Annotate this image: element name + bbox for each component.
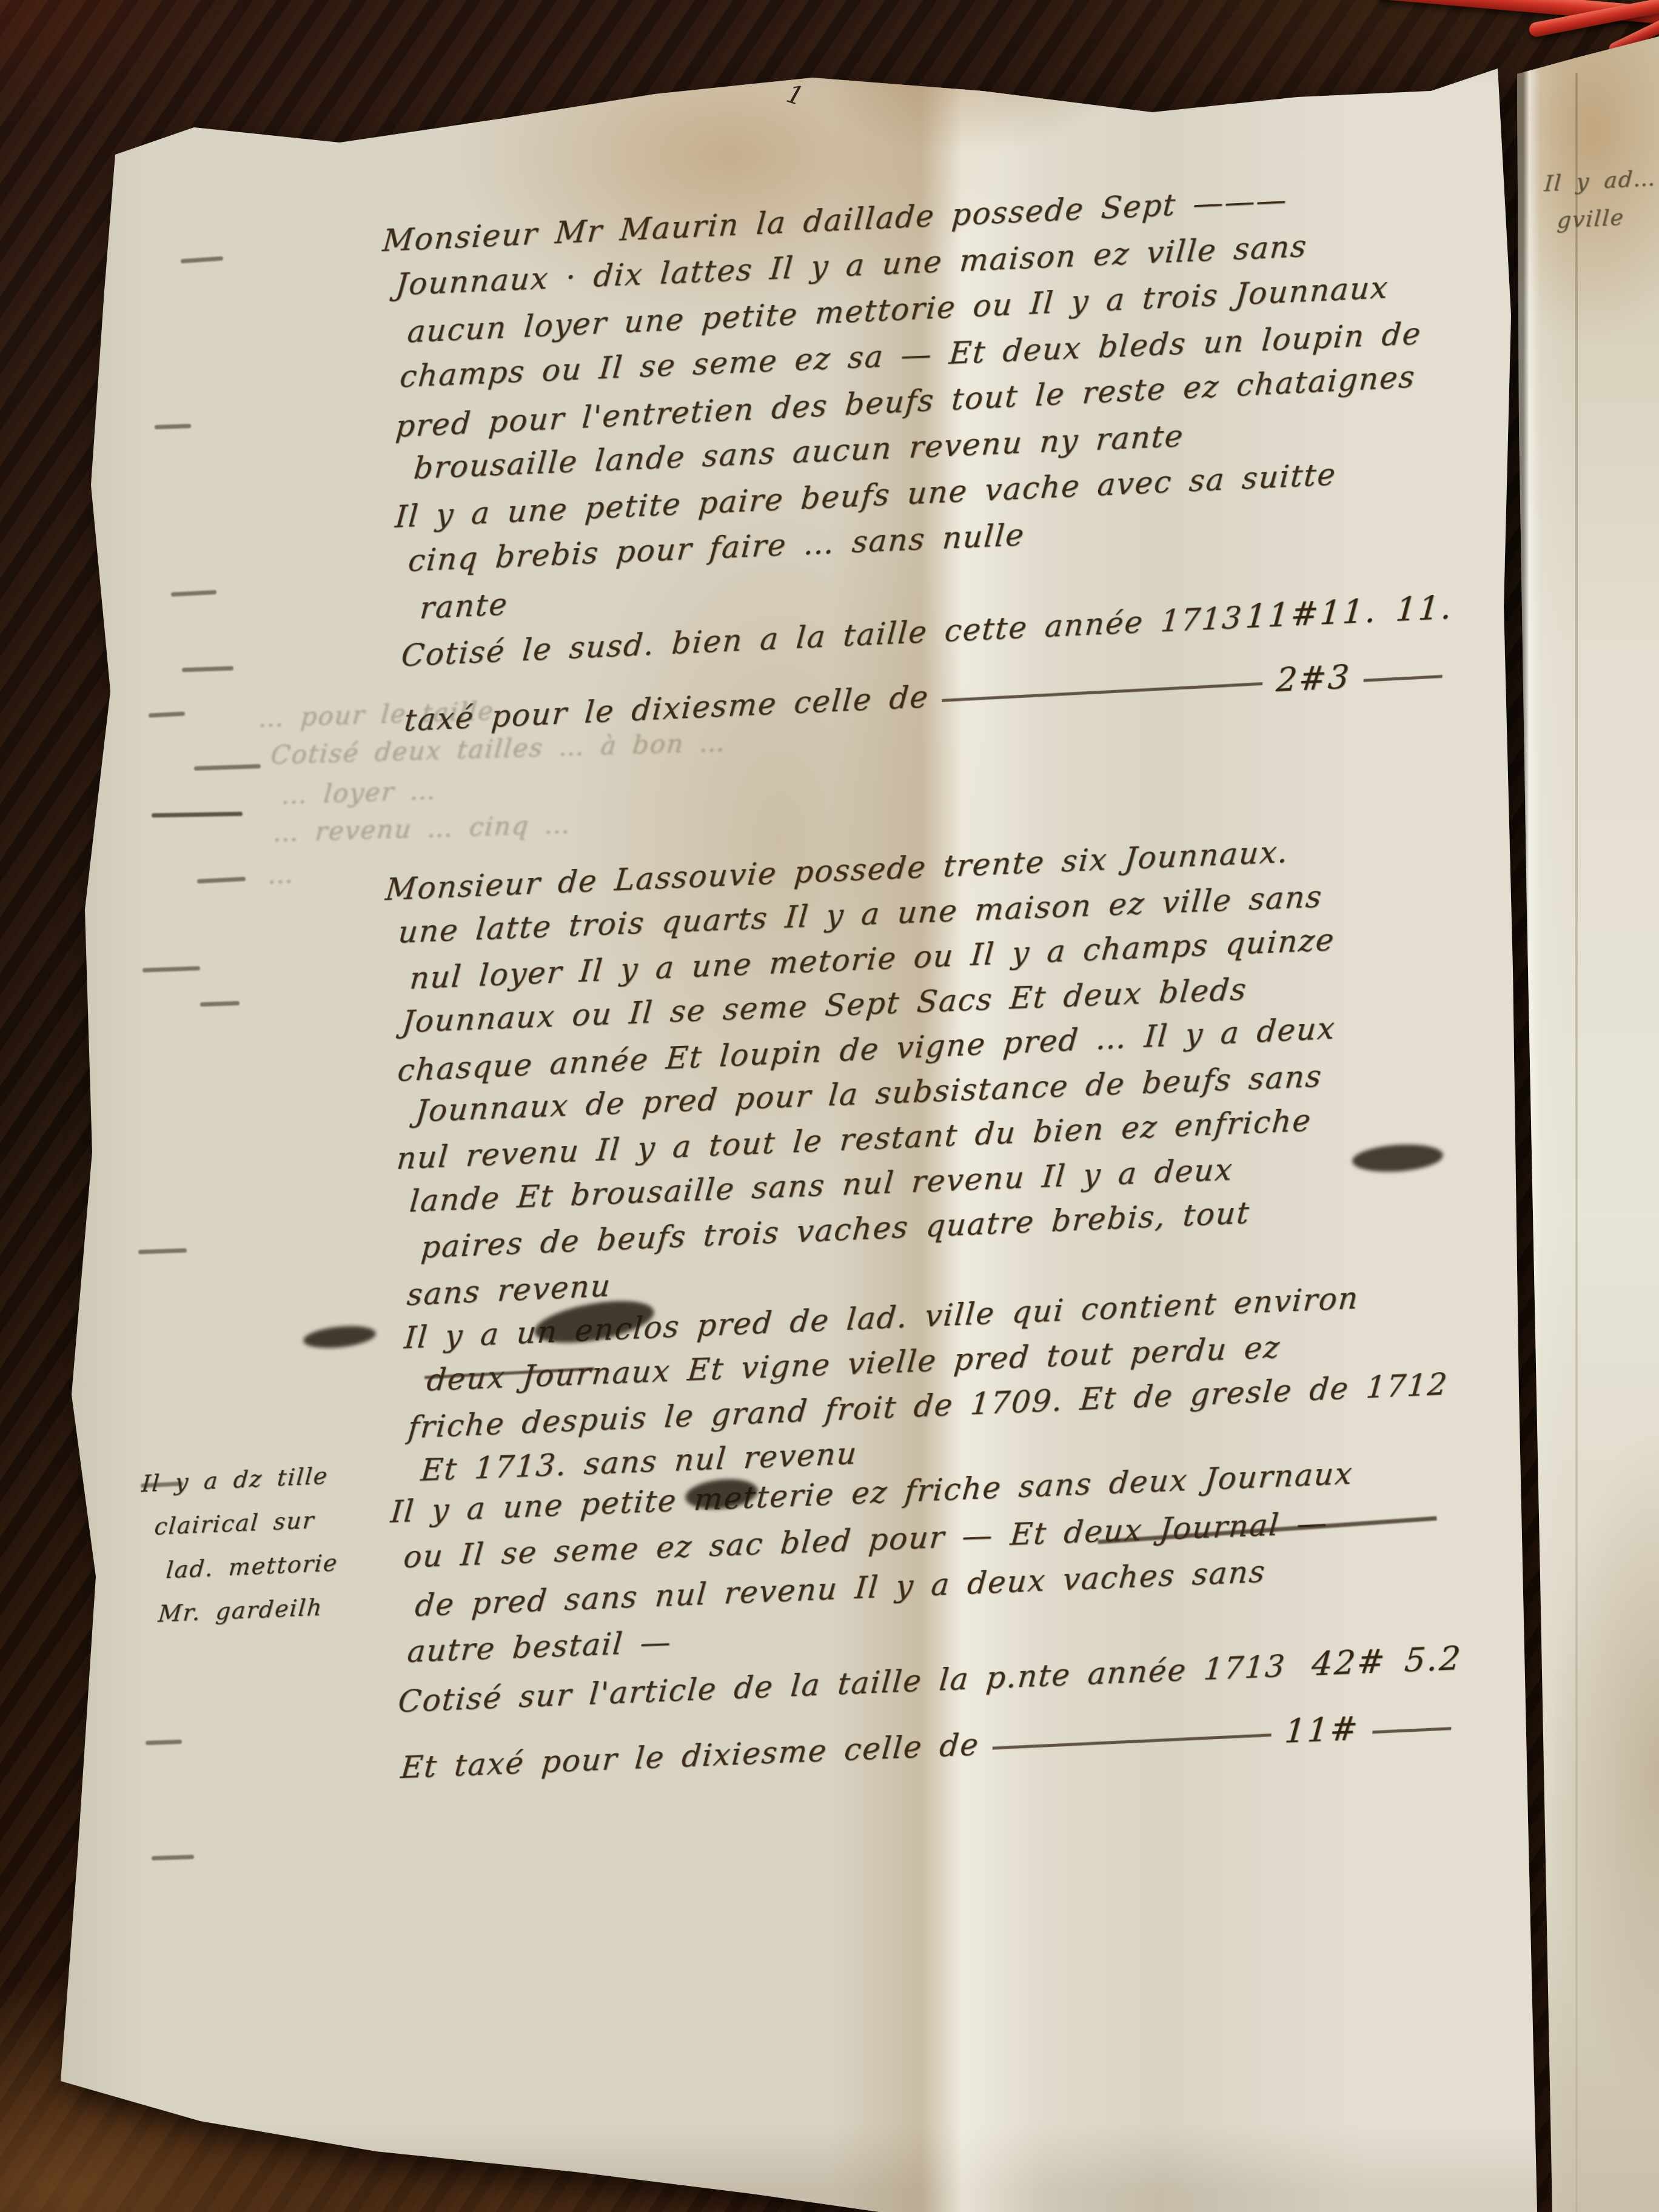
paragraph-entry-lassouvie: Monsieur de Lassouvie possede trente six…	[384, 822, 1501, 1495]
fragment-line: Il y ad…	[1543, 159, 1659, 203]
fragment-lines: Il y ad…gville	[1543, 159, 1659, 241]
handwriting-lines: Monsieur Mr Maurin la daillade possede S…	[381, 169, 1484, 632]
cotise-amount: 11#11. 11.	[1244, 584, 1455, 640]
taxe-amount: 2#3	[1275, 654, 1353, 703]
ruled-dash-line	[1364, 675, 1443, 682]
paragraph-entry-metterie: Il y a une petite metterie ez friche san…	[390, 1444, 1499, 1791]
handwriting-lines: Monsieur de Lassouvie possede trente six…	[384, 822, 1501, 1495]
margin-note: Il y a dz tilleclairical surlad. mettori…	[141, 1451, 397, 1637]
second-page-text-fragments: Il y ad…gville	[1543, 159, 1659, 241]
ruled-dash-line	[992, 1734, 1271, 1750]
cotise-amount: 42# 5.2	[1310, 1635, 1464, 1688]
paragraph-entry-daillade: Monsieur Mr Maurin la daillade possede S…	[381, 169, 1490, 743]
ruled-dash-line	[1372, 1727, 1451, 1734]
taxe-amount: 11#	[1283, 1705, 1361, 1755]
margin-note-lines: Il y a dz tilleclairical surlad. mettori…	[141, 1451, 397, 1637]
second-page-fold-crease	[1575, 73, 1578, 2212]
manuscript-photo: 1 Monsieur Mr Maurin la daillade possede…	[0, 0, 1659, 2212]
fragment-line: gville	[1555, 197, 1659, 240]
